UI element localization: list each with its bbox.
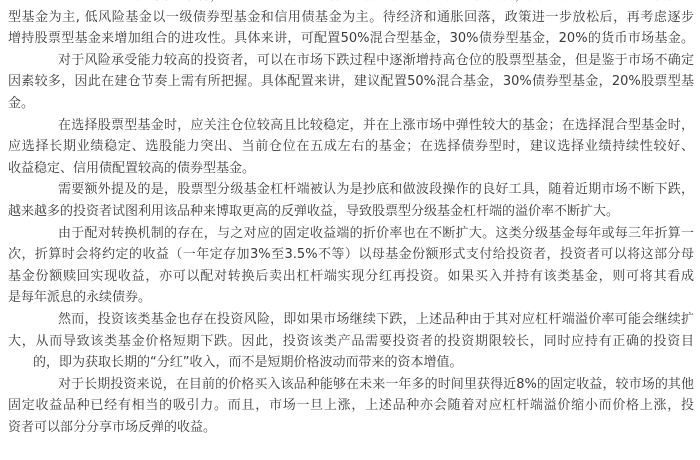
text-line: 在选择股票型基金时，应关注仓位较高且比较稳定，并在上涨市场中弹性较大的基金；在选… — [8, 115, 694, 137]
text-line: 基金份额赎回实现收益，亦可以配对转换后卖出杠杆端实现分红再投资。如果买入并持有该… — [8, 266, 694, 288]
text-line: 的，即为获取长期的“分红”收入，而不是短期价格波动而带来的资本增值。 — [8, 352, 694, 374]
text-line: 增持股票型基金来增加组合的进攻性。具体来讲，可配置50%混合型基金，30%债券型… — [8, 28, 694, 50]
text-line: 金。 — [8, 93, 694, 115]
text-line: 越来越多的投资者试图利用该品种来博取更高的反弹收益，导致股票型分级基金杠杆端的溢… — [8, 201, 694, 223]
text-line: 型基金为主, 低风险基金以一级债券型基金和信用债基金为主。待经济和通胀回落，政策… — [8, 7, 694, 29]
text-line: 大，从而导致该类基金价格短期下跌。因此，投资该类产品需要投资者的投资期限较长，同… — [8, 331, 694, 353]
text-line: 对于风险承受能力较高的投资者，可以在市场下跌过程中逐渐增持高仓位的股票型基金，但… — [8, 50, 694, 72]
document-body: 从基金配置的角度上来看，我们建议风险承受能力相对较低的稳健型投资者，其持有的高风… — [0, 0, 700, 438]
text-line: 因素较多，因此在建仓节奏上需有所把握。具体配置来讲，建议配置50%混合基金，30… — [8, 71, 694, 93]
text-line: 然而，投资该类基金也存在投资风险，即如果市场继续下跌，上述品种由于其对应杠杆端溢… — [8, 309, 694, 331]
text-line: 固定收益品种已经有相当的吸引力。而且，市场一旦上涨，上述品种亦会随着对应杠杆端溢… — [8, 395, 694, 417]
text-line: 资者可以部分分享市场反弹的收益。 — [8, 417, 694, 439]
text-line: 是每年派息的永续债券。 — [8, 287, 694, 309]
text-line: 由于配对转换机制的存在，与之对应的固定收益端的折价率也在不断扩大。这类分级基金每… — [8, 223, 694, 245]
text-line: 对于长期投资来说，在目前的价格买入该品种能够在未来一年多的时间里获得近8%的固定… — [8, 374, 694, 396]
text-line: 次，折算时会将约定的收益（一年定存加3%至3.5%不等）以母基金份额形式支付给投… — [8, 244, 694, 266]
text-line-clipped: 从基金配置的角度上来看，我们建议风险承受能力相对较低的稳健型投资者，其持有的高风… — [8, 0, 694, 7]
text-line: 需要额外提及的是，股票型分级基金杠杆端被认为是抄底和做波段操作的良好工具，随着近… — [8, 179, 694, 201]
text-line: 收益稳定、信用债配置较高的债券型基金。 — [8, 158, 694, 180]
text-line: 应选择长期业绩稳定、选股能力突出、当前仓位在五成左右的基金；在选择债券型时，建议… — [8, 136, 694, 158]
